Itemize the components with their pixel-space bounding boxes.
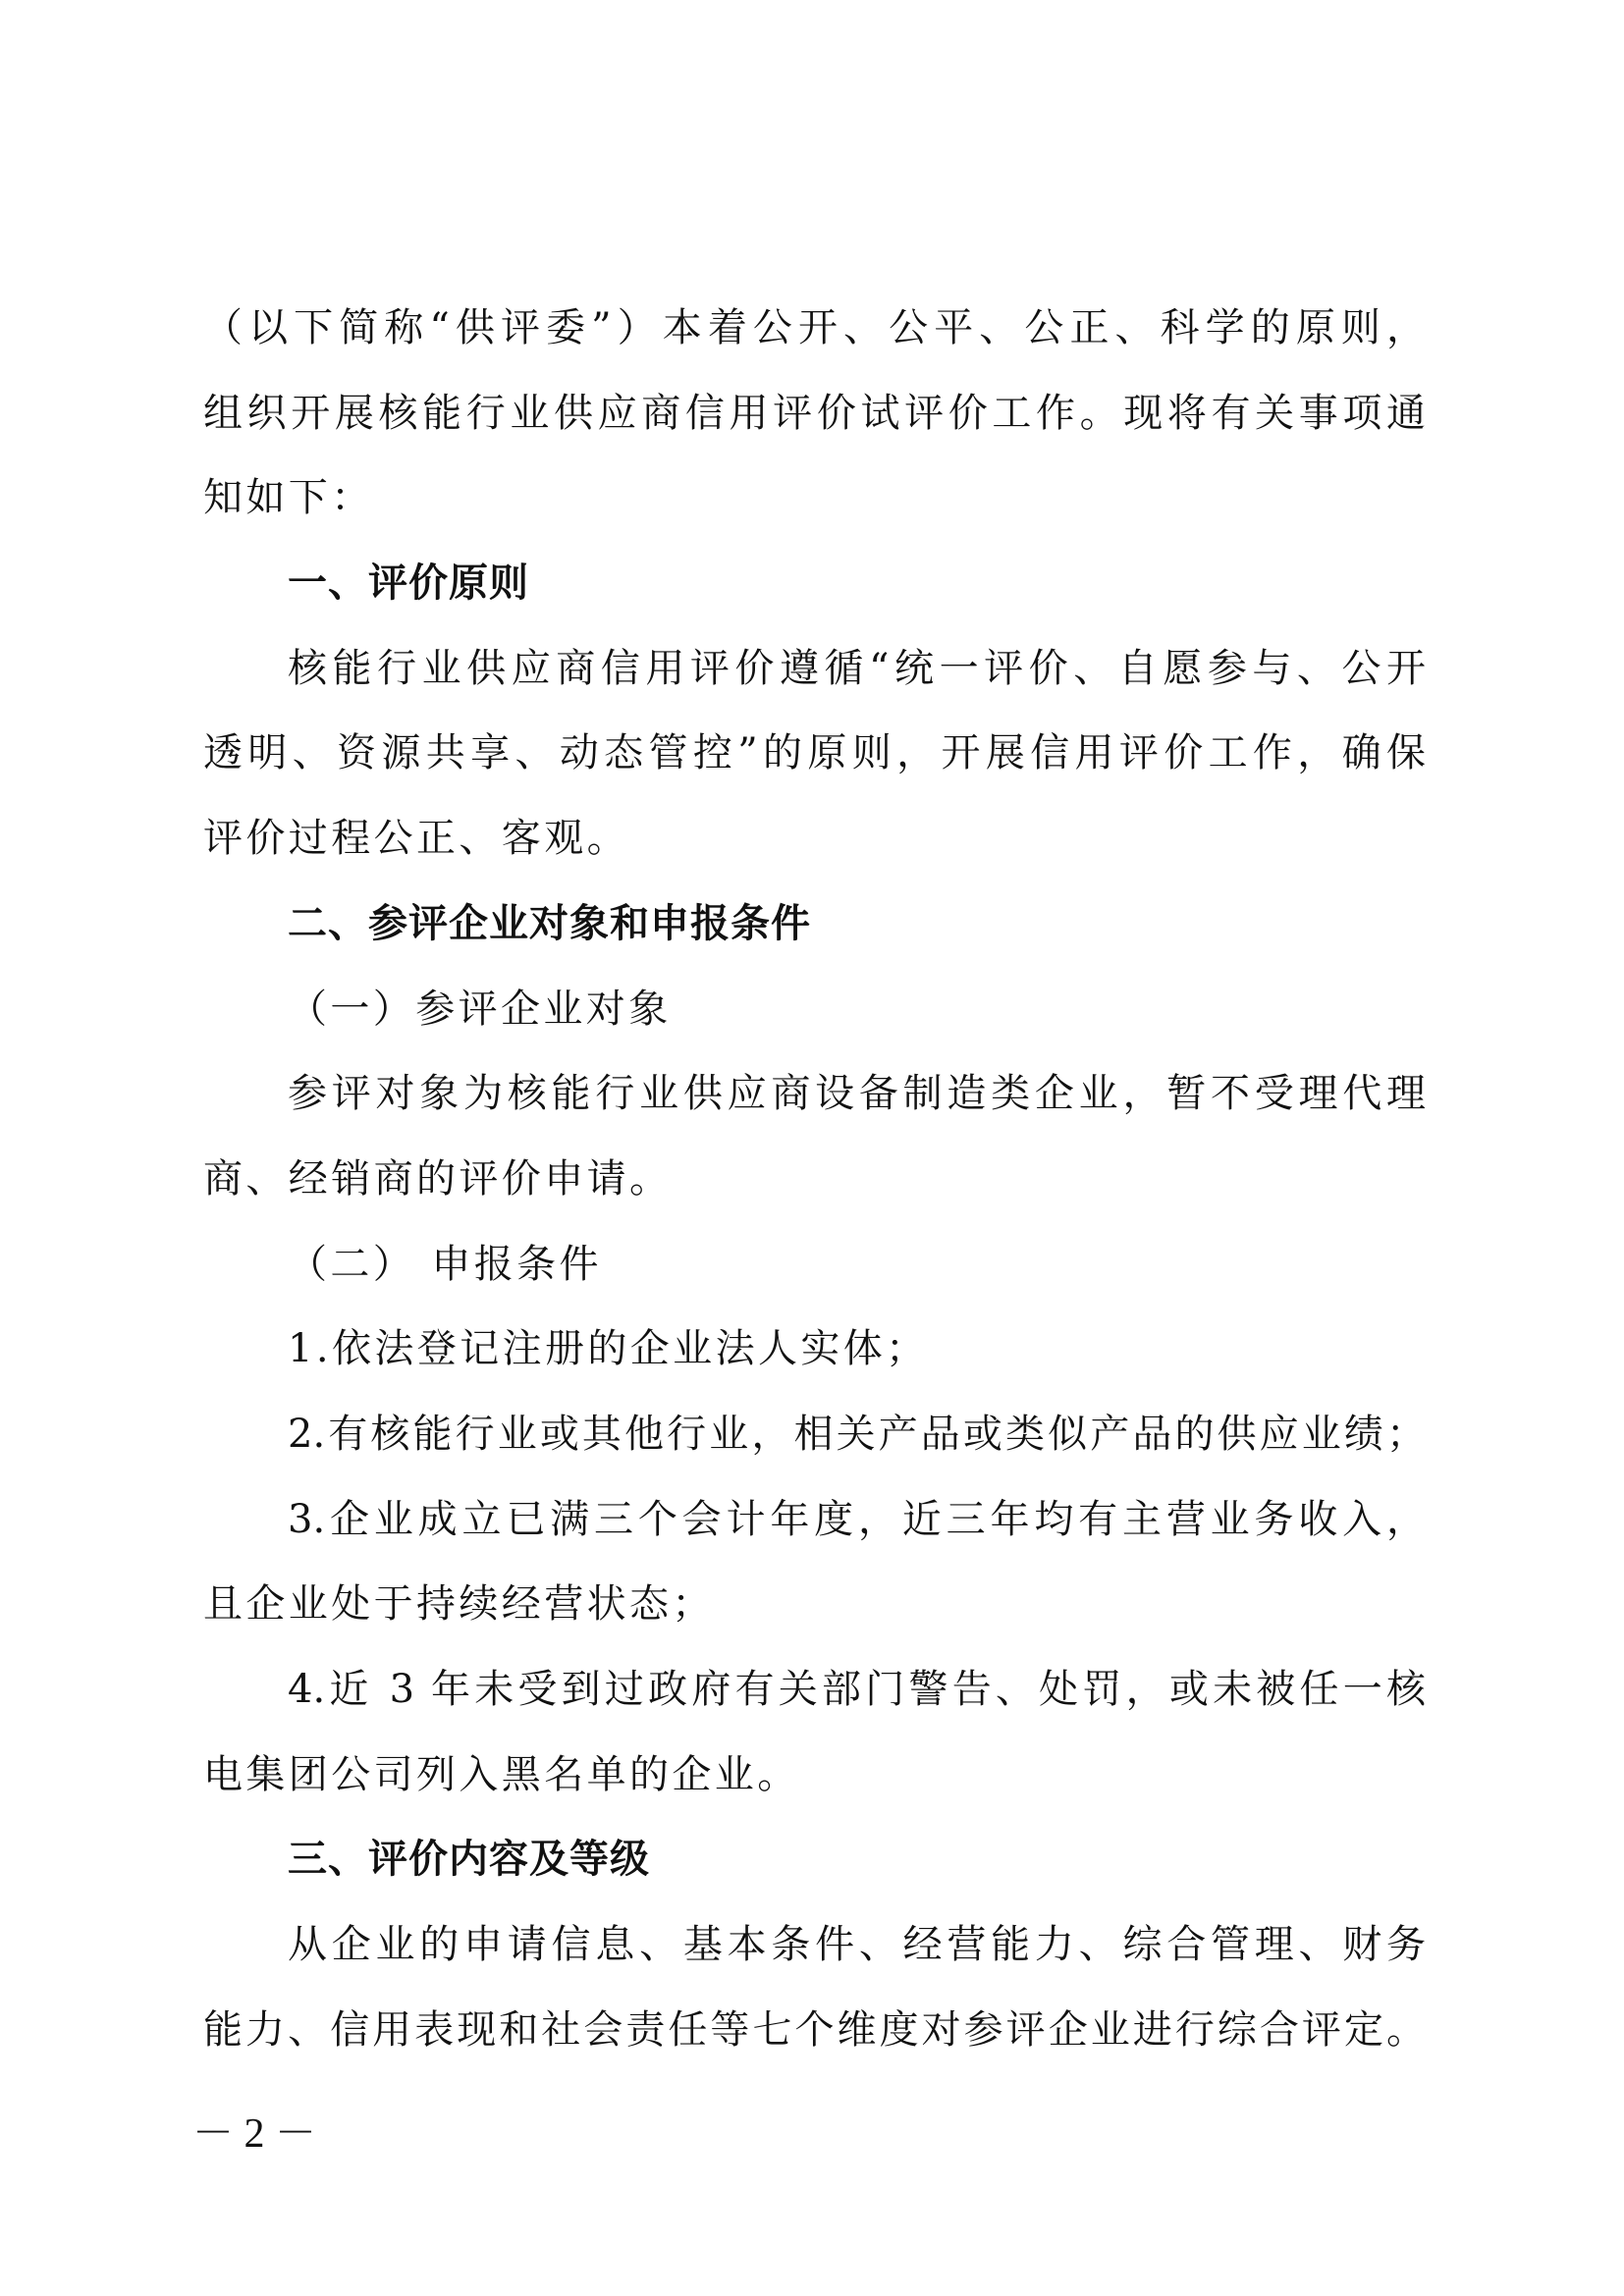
paragraph-principles: 核能行业供应商信用评价遵循“统一评价、自愿参与、公开 透明、资源共享、动态管控”… <box>203 626 1426 881</box>
text-line: 商、经销商的评价申请。 <box>203 1137 1426 1222</box>
text-line: 3.企业成立已满三个会计年度，近三年均有主营业务收入， <box>203 1477 1426 1563</box>
text-line: 能力、信用表现和社会责任等七个维度对参评企业进行综合评定。 <box>203 1988 1426 2073</box>
text-line: 核能行业供应商信用评价遵循“统一评价、自愿参与、公开 <box>203 626 1426 712</box>
paragraph-targets: 参评对象为核能行业供应商设备制造类企业，暂不受理代理 商、经销商的评价申请。 <box>203 1051 1426 1221</box>
paragraph-content: 从企业的申请信息、基本条件、经营能力、综合管理、财务 能力、信用表现和社会责任等… <box>203 1902 1426 2072</box>
document-page: （以下简称“供评委”）本着公开、公平、公正、科学的原则， 组织开展核能行业供应商… <box>0 0 1624 2296</box>
text-line: 透明、资源共享、动态管控”的原则，开展信用评价工作，确保 <box>203 711 1426 796</box>
condition-item-2: 2.有核能行业或其他行业，相关产品或类似产品的供应业绩； <box>203 1392 1426 1477</box>
condition-item-4: 4.近 3 年未受到过政府有关部门警告、处罚，或未被任一核 电集团公司列入黑名单… <box>203 1647 1426 1817</box>
paragraph-intro: （以下简称“供评委”）本着公开、公平、公正、科学的原则， 组织开展核能行业供应商… <box>203 286 1426 541</box>
text-line: 从企业的申请信息、基本条件、经营能力、综合管理、财务 <box>203 1902 1426 1988</box>
document-body: （以下简称“供评委”）本着公开、公平、公正、科学的原则， 组织开展核能行业供应商… <box>203 286 1426 2072</box>
condition-item-1: 1.依法登记注册的企业法人实体； <box>203 1307 1426 1392</box>
page-number: － 2 － <box>192 2101 316 2160</box>
text-line: 参评对象为核能行业供应商设备制造类企业，暂不受理代理 <box>203 1051 1426 1137</box>
text-line: （以下简称“供评委”）本着公开、公平、公正、科学的原则， <box>203 286 1426 371</box>
section-heading-principles: 一、评价原则 <box>203 541 1426 626</box>
text-line: 组织开展核能行业供应商信用评价试评价工作。现将有关事项通 <box>203 371 1426 456</box>
text-line: 4.近 3 年未受到过政府有关部门警告、处罚，或未被任一核 <box>203 1647 1426 1733</box>
section-heading-eligibility: 二、参评企业对象和申报条件 <box>203 881 1426 967</box>
subsection-heading-targets: （一）参评企业对象 <box>203 967 1426 1052</box>
text-line: 电集团公司列入黑名单的企业。 <box>203 1733 1426 1818</box>
section-heading-content-grades: 三、评价内容及等级 <box>203 1817 1426 1902</box>
text-line: 知如下： <box>203 455 1426 541</box>
condition-item-3: 3.企业成立已满三个会计年度，近三年均有主营业务收入， 且企业处于持续经营状态； <box>203 1477 1426 1647</box>
text-line: 评价过程公正、客观。 <box>203 796 1426 881</box>
text-line: 且企业处于持续经营状态； <box>203 1562 1426 1647</box>
subsection-heading-conditions: （二） 申报条件 <box>203 1222 1426 1308</box>
